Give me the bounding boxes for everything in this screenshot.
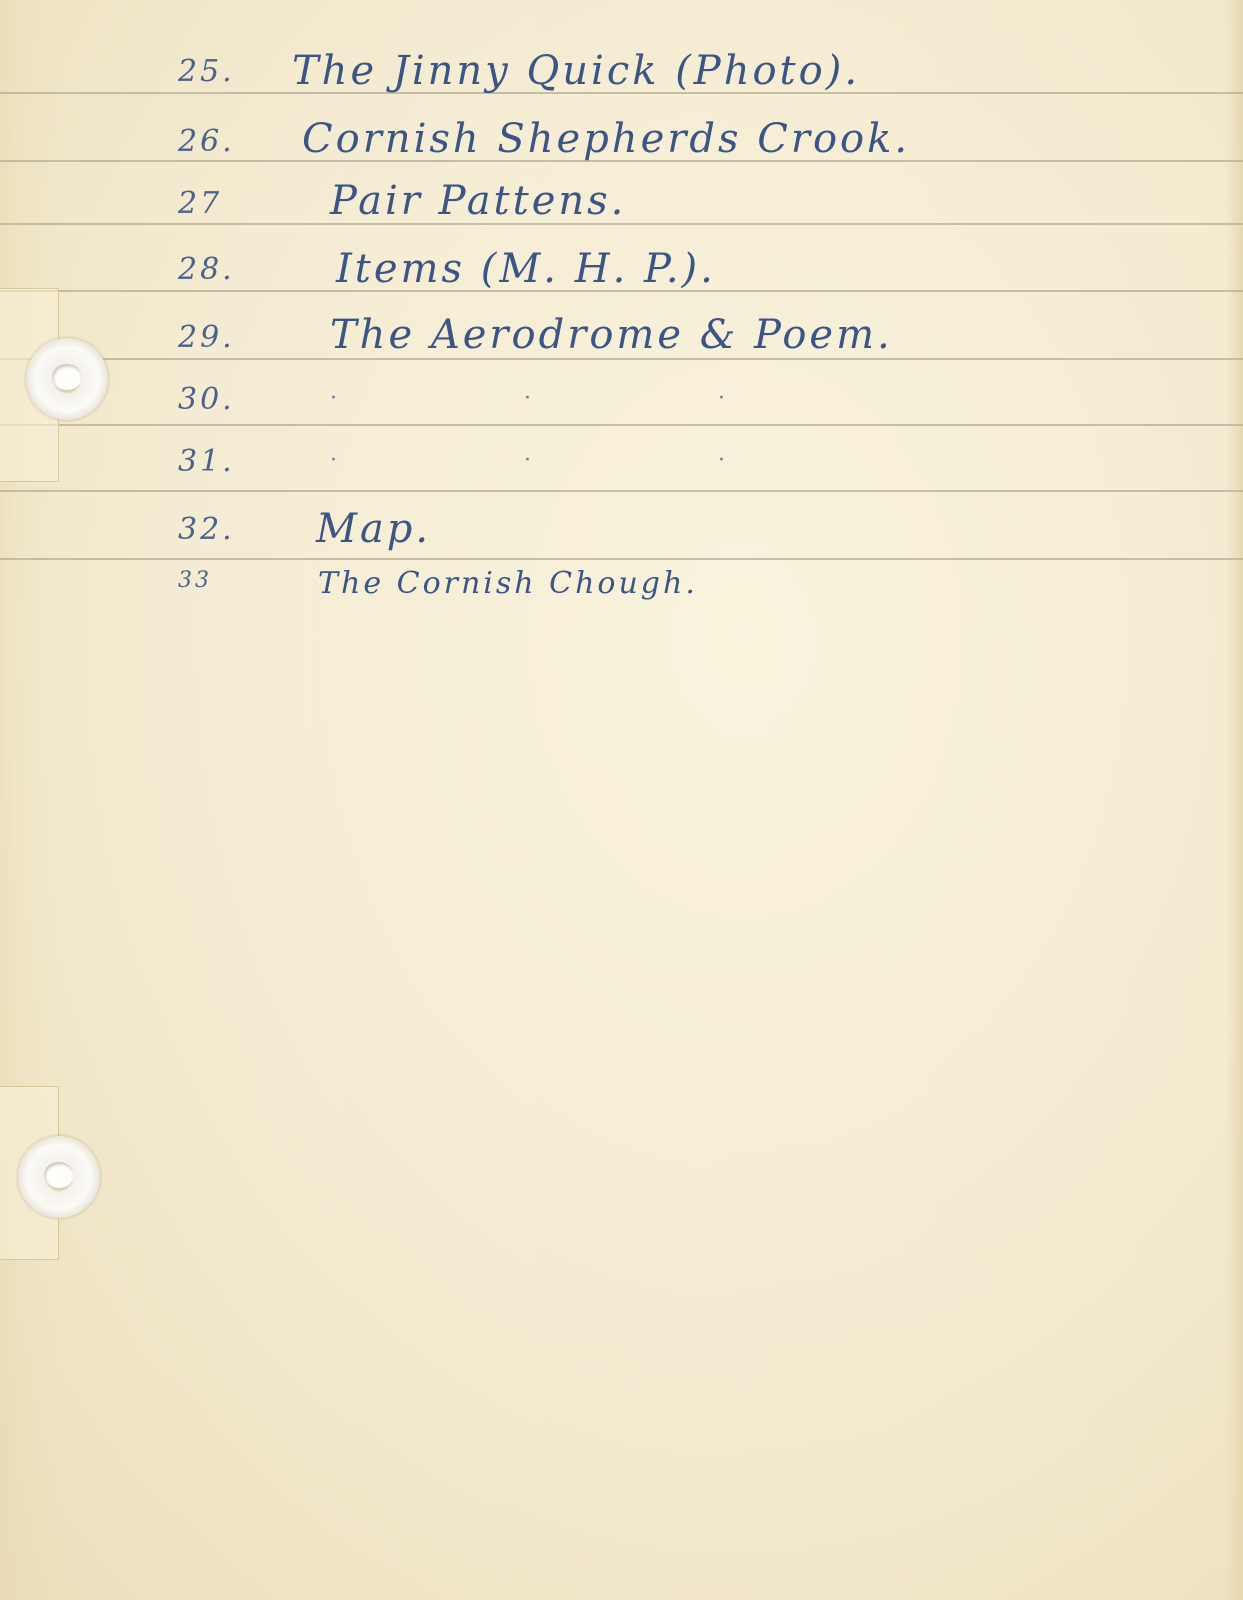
entry-number: 31. bbox=[178, 444, 235, 479]
entry-number: 29. bbox=[178, 320, 235, 355]
paper-page: 25. The Jinny Quick (Photo). 26. Cornish… bbox=[0, 0, 1243, 1600]
list-item: 32. Map. bbox=[0, 508, 1243, 568]
list-item: 28. Items (M. H. P.). bbox=[0, 246, 1243, 306]
entry-text: Map. bbox=[316, 506, 431, 552]
list-item: 29. The Aerodrome & Poem. bbox=[0, 312, 1243, 372]
punch-hole bbox=[44, 1162, 74, 1188]
entry-number: 26. bbox=[178, 124, 235, 159]
binder-eyelet-icon bbox=[18, 1136, 100, 1218]
list-item: 31. · · · bbox=[0, 444, 1243, 504]
entry-text: Cornish Shepherds Crook. bbox=[302, 116, 910, 162]
entry-number: 27 bbox=[178, 186, 222, 221]
list-item: 26. Cornish Shepherds Crook. bbox=[0, 116, 1243, 176]
list-item: 27 Pair Pattens. bbox=[0, 178, 1243, 238]
blank-entry-marks: · · · bbox=[330, 386, 815, 411]
entry-number: 30. bbox=[178, 382, 235, 417]
entry-number: 28. bbox=[178, 252, 235, 287]
blank-entry-marks: · · · bbox=[330, 448, 815, 473]
entry-text: Items (M. H. P.). bbox=[336, 246, 716, 292]
entry-number: 25. bbox=[178, 54, 235, 89]
list-item: 25. The Jinny Quick (Photo). bbox=[0, 48, 1243, 108]
page-edge bbox=[1225, 0, 1243, 1600]
list-item: 33 The Cornish Chough. bbox=[0, 566, 1243, 626]
entry-number: 33 bbox=[178, 568, 212, 593]
entry-text: The Cornish Chough. bbox=[318, 566, 698, 601]
entry-number: 32. bbox=[178, 512, 235, 547]
entry-text: The Jinny Quick (Photo). bbox=[292, 48, 860, 94]
entry-text: Pair Pattens. bbox=[330, 178, 626, 224]
list-item: 30. · · · bbox=[0, 382, 1243, 442]
entry-text: The Aerodrome & Poem. bbox=[330, 312, 893, 358]
